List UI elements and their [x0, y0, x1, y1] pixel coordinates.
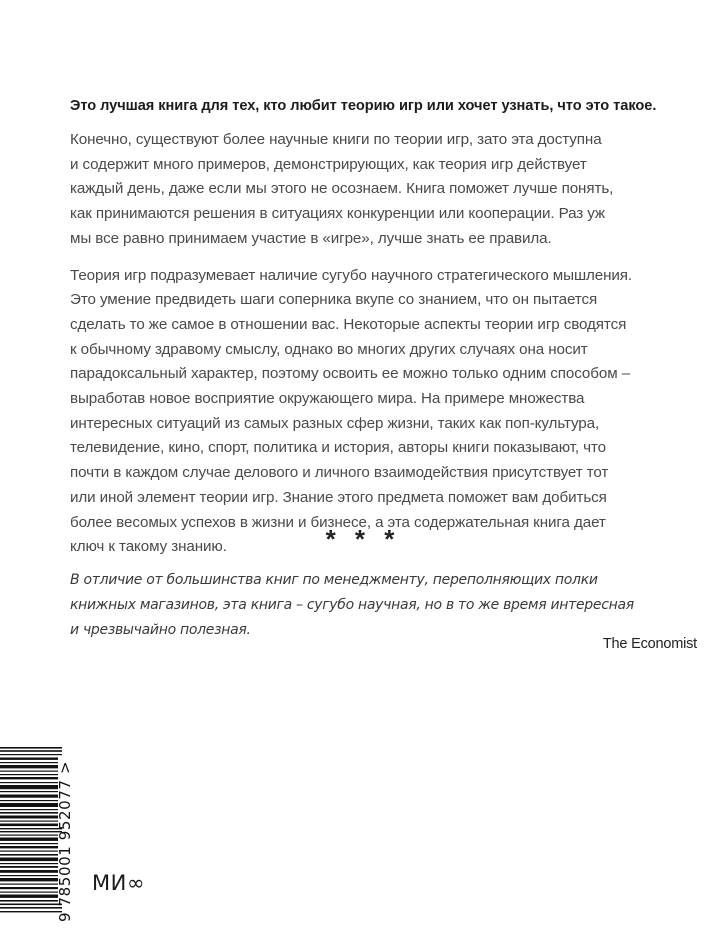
paragraph-line: к обычному здравому смыслу, однако во мн…	[70, 338, 698, 363]
barcode-icon	[0, 747, 62, 915]
paragraph-1: Конечно, существуют более научные книги …	[70, 128, 698, 252]
paragraph-line: Конечно, существуют более научные книги …	[70, 128, 698, 153]
review-quote: В отличие от большинства книг по менеджм…	[70, 568, 698, 643]
section-separator: * * *	[0, 524, 726, 554]
paragraph-line: или иной элемент теории игр. Знание этог…	[70, 486, 698, 511]
paragraph-line: Теория игр подразумевает наличие сугубо …	[70, 264, 698, 289]
quote-source: The Economist	[603, 636, 697, 652]
paragraph-line: как принимаются решения в ситуациях конк…	[70, 202, 698, 227]
paragraph-line: телевидение, кино, спорт, политика и ист…	[70, 436, 698, 461]
paragraph-line: Это умение предвидеть шаги соперника вку…	[70, 288, 698, 313]
paragraph-line: интересных ситуаций из самых разных сфер…	[70, 412, 698, 437]
headline: Это лучшая книга для тех, кто любит теор…	[70, 95, 698, 117]
paragraph-line: каждый день, даже если мы этого не осозн…	[70, 177, 698, 202]
paragraph-line: и содержит много примеров, демонстрирующ…	[70, 153, 698, 178]
back-cover-text: Это лучшая книга для тех, кто любит теор…	[70, 95, 698, 572]
paragraph-line: парадоксальный характер, поэтому освоить…	[70, 362, 698, 387]
publisher-logo: МИ∞	[92, 871, 145, 895]
paragraph-line: выработав новое восприятие окружающего м…	[70, 387, 698, 412]
quote-line: В отличие от большинства книг по менеджм…	[70, 568, 698, 593]
paragraph-line: мы все равно принимаем участие в «игре»,…	[70, 227, 698, 252]
paragraph-2: Теория игр подразумевает наличие сугубо …	[70, 264, 698, 560]
barcode-digits: 9 785001 952077 >	[57, 761, 73, 922]
quote-line: книжных магазинов, эта книга – сугубо на…	[70, 593, 698, 618]
paragraph-line: почти в каждом случае делового и личного…	[70, 461, 698, 486]
paragraph-line: сделать то же самое в отношении вас. Нек…	[70, 313, 698, 338]
